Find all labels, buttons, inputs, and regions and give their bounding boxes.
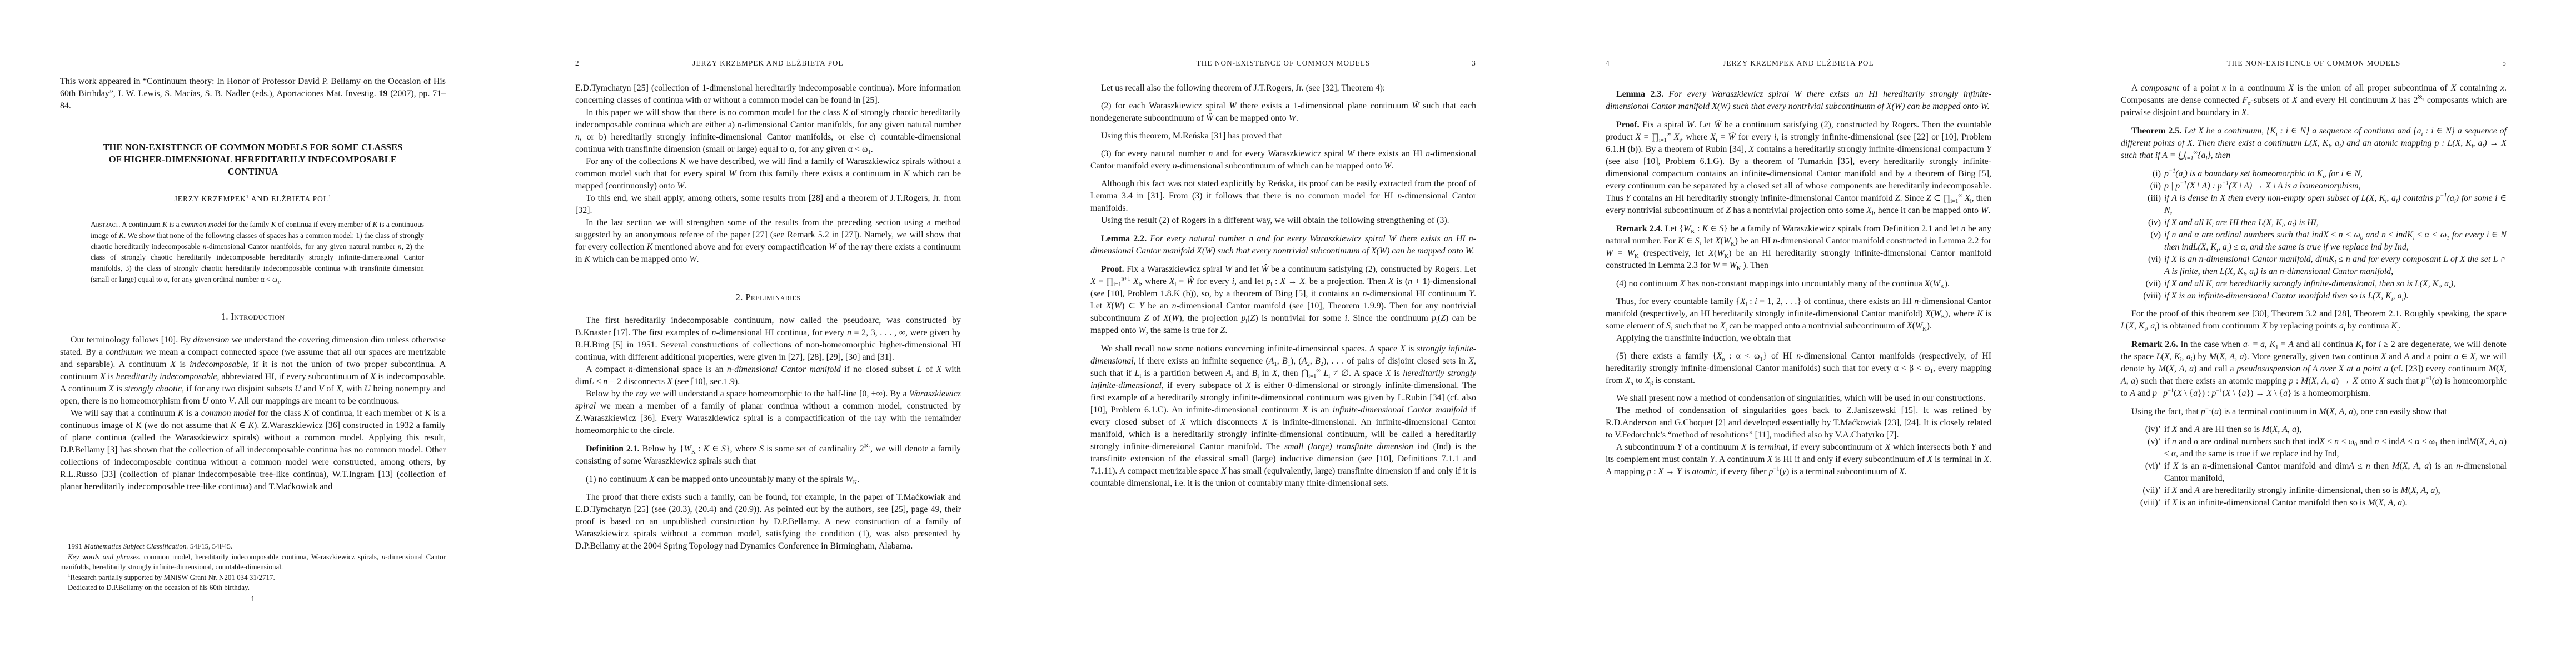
statement-label: Remark 2.4.: [1616, 224, 1663, 233]
paragraph: Using the fact, that p−1(a) is a termina…: [2121, 406, 2507, 418]
footnote: Key words and phrases. common model, her…: [60, 552, 446, 573]
paragraph: We shall recall now some notions concern…: [1090, 343, 1476, 490]
footnote-rule: [60, 537, 113, 537]
display-item: (4) no continuum X has non-constant mapp…: [1606, 278, 1991, 290]
list-item: (ii)p | p−1(X \ A) : p−1(X \ A) → X \ A …: [2121, 180, 2507, 192]
paragraph: Using the result (2) of Rogers in a diff…: [1090, 215, 1476, 227]
display-item: (2) for each Waraszkiewicz spiral W ther…: [1090, 100, 1476, 125]
list-item: (i)p−1(ai) is a boundary set homeomorphi…: [2121, 168, 2507, 180]
list-item: (viii)’if X is an infinite-dimensional C…: [2121, 497, 2507, 509]
paragraph: In this paper we will show that there is…: [575, 107, 961, 156]
list-item: (iv)’if X and A are HI then so is M(X, A…: [2121, 424, 2507, 436]
paragraph: Applying the transfinite induction, we o…: [1606, 332, 1991, 345]
item-label: (viii)’: [2133, 497, 2161, 509]
abstract: Abstract. A continuum K is a common mode…: [91, 219, 424, 285]
item-label: (i): [2133, 168, 2161, 180]
running-title: JERZY KRZEMPEK AND ELŻBIETA POL: [575, 59, 961, 68]
list-item: (vii)if X and all Ki are hereditarily st…: [2121, 278, 2507, 290]
footnotes: 1991 Mathematics Subject Classification.…: [60, 537, 446, 593]
footnote: 1Research partially supported by MNiSW G…: [60, 573, 446, 583]
page-content: This work appeared in “Continuum theory:…: [60, 0, 446, 493]
list-item: (v)’if n and α are ordinal numbers such …: [2121, 436, 2507, 460]
page-4: 4JERZY KRZEMPEK AND ELŻBIETA POLLemma 2.…: [1546, 0, 2061, 667]
footnote: Dedicated to D.P.Bellamy on the occasion…: [60, 583, 446, 593]
list: (iv)’if X and A are HI then so is M(X, A…: [2121, 424, 2507, 509]
statement: Lemma 2.2. For every natural number n an…: [1090, 233, 1476, 257]
list-item: (vi)’if X is an n-dimensional Cantor man…: [2121, 460, 2507, 485]
paragraph: Thus, for every countable family {Xi : i…: [1606, 296, 1991, 332]
paragraph: The method of condensation of singularit…: [1606, 405, 1991, 441]
statement: Remark 2.4. Let {WK : K ∈ S} be a family…: [1606, 223, 1991, 272]
item-label: (ii): [2133, 180, 2161, 192]
item-label: (v)’: [2133, 436, 2161, 448]
statement-label: Theorem 2.5.: [2131, 126, 2181, 136]
paragraph: A subcontinuum Y of a continuum X is ter…: [1606, 441, 1991, 478]
display-item: (1) no continuum X can be mapped onto un…: [575, 474, 961, 486]
running-head: 2JERZY KRZEMPEK AND ELŻBIETA POL: [575, 59, 961, 70]
running-head: 4JERZY KRZEMPEK AND ELŻBIETA POL: [1606, 59, 1991, 70]
page-content: A composant of a point x in a continuum …: [2121, 0, 2507, 509]
paragraph: In the last section we will strengthen s…: [575, 217, 961, 266]
page-1: This work appeared in “Continuum theory:…: [0, 0, 515, 667]
paragraph: A composant of a point x in a continuum …: [2121, 82, 2507, 119]
page-content: Let us recall also the following theorem…: [1090, 0, 1476, 490]
running-title: THE NON-EXISTENCE OF COMMON MODELS: [2121, 59, 2507, 68]
statement: Proof. Fix a Waraszkiewicz spiral W and …: [1090, 263, 1476, 337]
paragraph: E.D.Tymchatyn [25] (collection of 1-dime…: [575, 82, 961, 107]
notice-paragraph: This work appeared in “Continuum theory:…: [60, 76, 446, 112]
section-heading: 1. Introduction: [60, 311, 446, 323]
page-content: Lemma 2.3. For every Waraszkiewicz spira…: [1606, 0, 1991, 478]
statement-label: Proof.: [1616, 120, 1640, 130]
statement-label: Proof.: [1101, 265, 1124, 274]
statement: Lemma 2.3. For every Waraszkiewicz spira…: [1606, 88, 1991, 113]
running-head: THE NON-EXISTENCE OF COMMON MODELS5: [2121, 59, 2507, 70]
paragraph: Using this theorem, M.Reńska [31] has pr…: [1090, 130, 1476, 142]
item-label: (vi): [2133, 253, 2161, 266]
paragraph: We will say that a continuum K is a comm…: [60, 407, 446, 493]
list-item: (iv)if X and all Ki are HI then L(X, Ki,…: [2121, 217, 2507, 229]
authors-line: JERZY KRZEMPEK1 AND ELŻBIETA POL1: [60, 193, 446, 205]
statement-label: Definition 2.1.: [586, 444, 640, 454]
item-label: (vi)’: [2133, 460, 2161, 472]
paragraph: A compact n-dimensional space is an n-di…: [575, 364, 961, 388]
page-3: THE NON-EXISTENCE OF COMMON MODELS3Let u…: [1030, 0, 1546, 667]
display-item: (5) there exists a family {Xα : α < ω1} …: [1606, 350, 1991, 387]
paragraph: The proof that there exists such a famil…: [575, 491, 961, 552]
section-heading: 2. Preliminaries: [575, 291, 961, 303]
page-2: 2JERZY KRZEMPEK AND ELŻBIETA POLE.D.Tymc…: [515, 0, 1030, 667]
list-item: (vii)’if X and A are hereditarily strong…: [2121, 485, 2507, 497]
running-title: THE NON-EXISTENCE OF COMMON MODELS: [1090, 59, 1476, 68]
abstract-label: Abstract.: [91, 220, 121, 228]
paragraph: For the proof of this theorem see [30], …: [2121, 308, 2507, 332]
list: (i)p−1(ai) is a boundary set homeomorphi…: [2121, 168, 2507, 302]
statement-label: Lemma 2.2.: [1101, 234, 1147, 243]
paper-title: THE NON-EXISTENCE OF COMMON MODELS FOR S…: [86, 141, 420, 178]
footnote: 1991 Mathematics Subject Classification.…: [60, 541, 446, 552]
list-item: (iii)if A is dense in X then every non-e…: [2121, 192, 2507, 217]
scanned-paper: { "watermark": { "text": "arXiv:1704.067…: [0, 0, 2576, 667]
statement-label: Remark 2.6.: [2131, 340, 2178, 349]
list-item: (viii)if X is an infinite-dimensional Ca…: [2121, 290, 2507, 302]
paragraph: We shall present now a method of condens…: [1606, 392, 1991, 405]
statement: Remark 2.6. In the case when a1 = a, K1 …: [2121, 339, 2507, 400]
paragraph: To this end, we shall apply, among other…: [575, 192, 961, 217]
item-label: (iv)’: [2133, 424, 2161, 436]
statement: Proof. Fix a spiral W. Let Ŵ be a contin…: [1606, 119, 1991, 217]
paragraph: Below by the ray we will understand a sp…: [575, 388, 961, 437]
paragraph: For any of the collections K we have des…: [575, 156, 961, 192]
page-5: THE NON-EXISTENCE OF COMMON MODELS5A com…: [2061, 0, 2576, 667]
header-page-number: 5: [2502, 59, 2507, 68]
running-head: THE NON-EXISTENCE OF COMMON MODELS3: [1090, 59, 1476, 70]
list-item: (v)if n and α are ordinal numbers such t…: [2121, 229, 2507, 253]
running-title: JERZY KRZEMPEK AND ELŻBIETA POL: [1606, 59, 1991, 68]
list-item: (vi)if X is an n-dimensional Cantor mani…: [2121, 253, 2507, 278]
header-page-number: 3: [1472, 59, 1476, 68]
item-label: (v): [2133, 229, 2161, 241]
item-label: (vii)’: [2133, 485, 2161, 497]
item-label: (viii): [2133, 290, 2161, 302]
display-item: (3) for every natural number n and for e…: [1090, 148, 1476, 172]
statement: Definition 2.1. Below by {WK : K ∈ S}, w…: [575, 443, 961, 467]
statement-label: Lemma 2.3.: [1616, 89, 1663, 99]
paragraph: Let us recall also the following theorem…: [1090, 82, 1476, 94]
paragraph: Our terminology follows [10]. By dimensi…: [60, 334, 446, 407]
paragraph: Although this fact was not stated explic…: [1090, 178, 1476, 215]
statement: Theorem 2.5. Let X be a continuum, {Ki :…: [2121, 125, 2507, 162]
paragraph: The first hereditarily indecomposable co…: [575, 315, 961, 364]
page-content: E.D.Tymchatyn [25] (collection of 1-dime…: [575, 0, 961, 552]
item-label: (iii): [2133, 192, 2161, 205]
item-label: (vii): [2133, 278, 2161, 290]
item-label: (iv): [2133, 217, 2161, 229]
page-number: 1: [60, 595, 446, 604]
